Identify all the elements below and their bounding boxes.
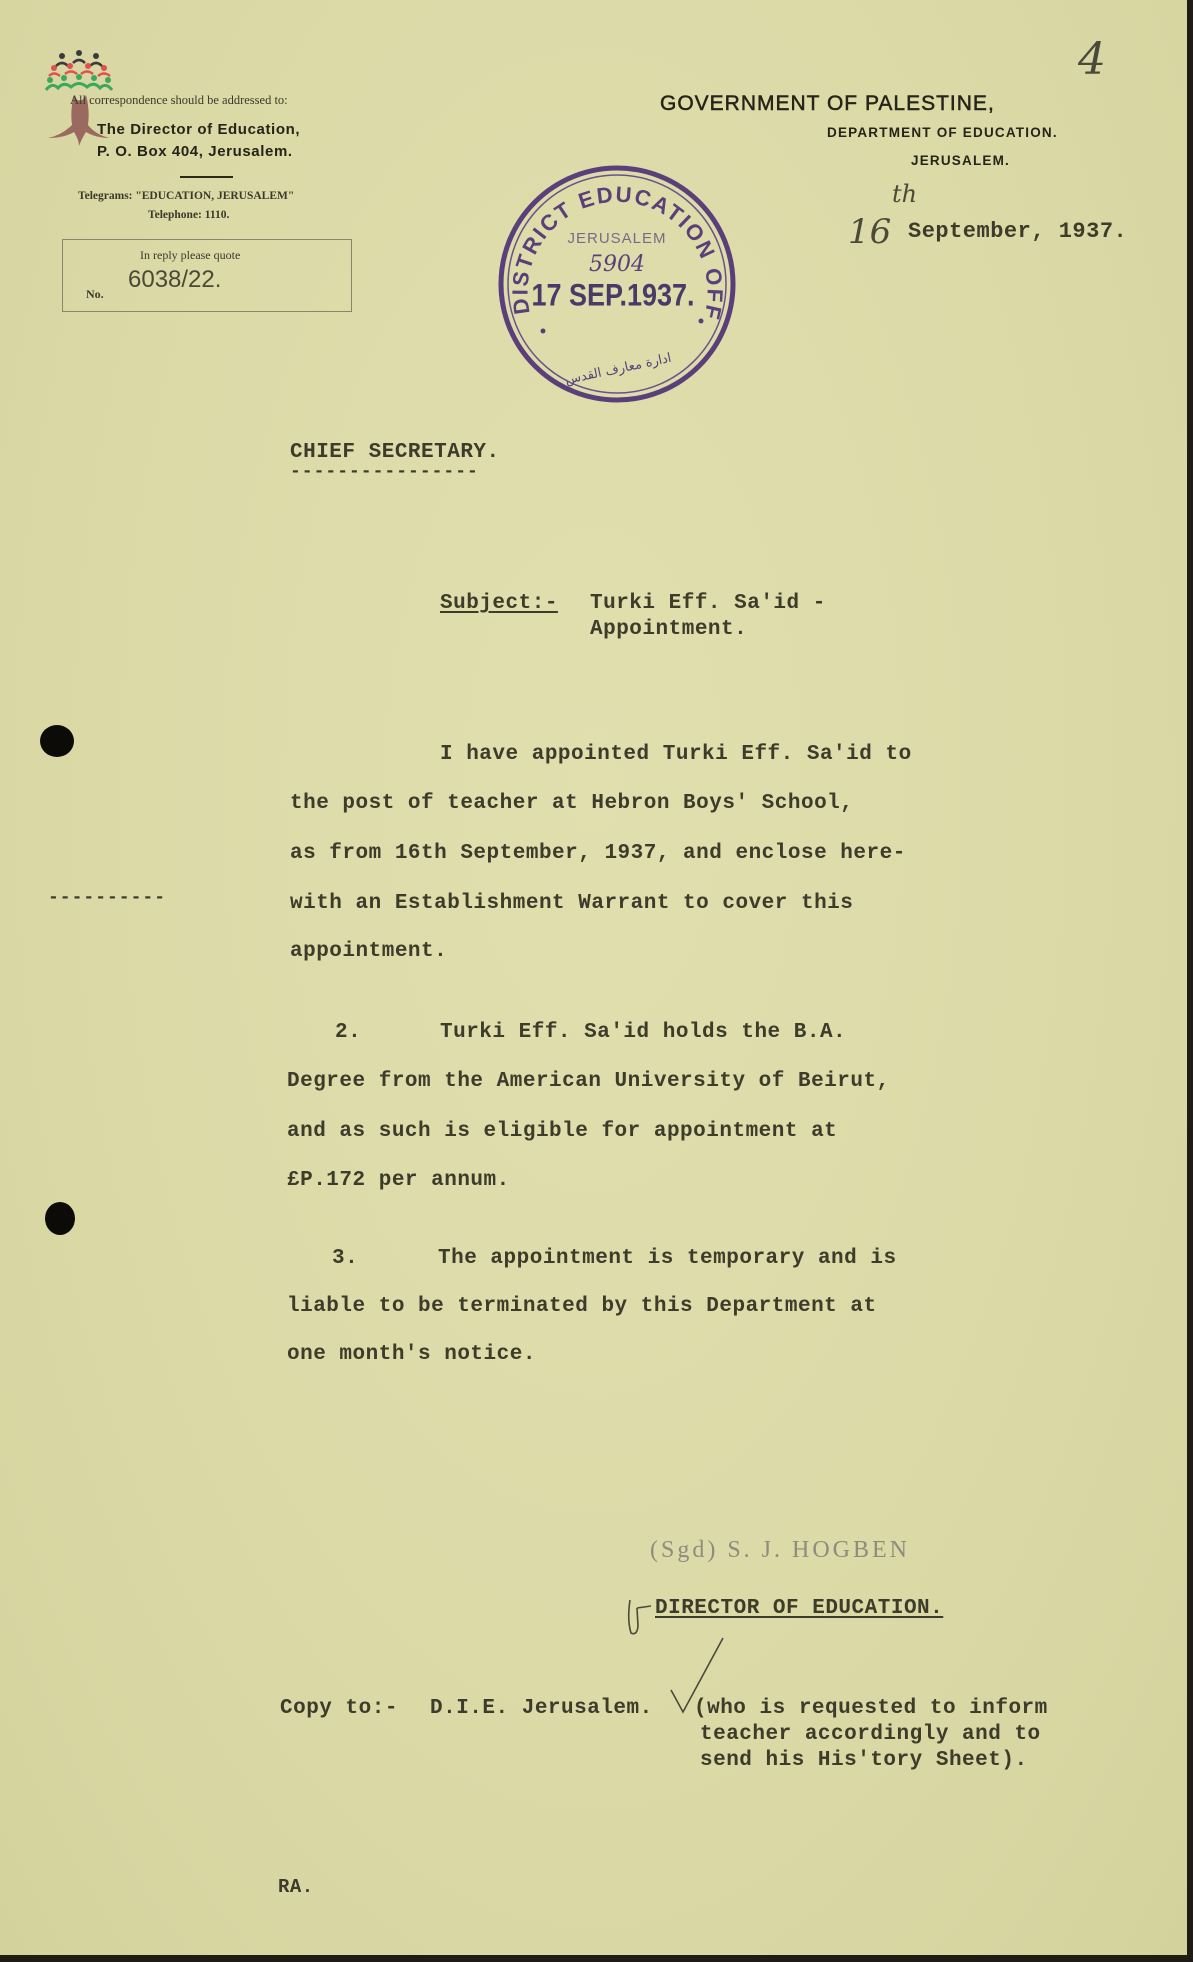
header-divider	[180, 176, 233, 178]
date-typed: September, 1937.	[908, 219, 1127, 244]
recipient-underline: ----------------	[290, 462, 479, 482]
number-label: No.	[86, 287, 104, 302]
date-day-handwritten: 16	[848, 212, 891, 252]
svg-text:ادارة معارف القدس: ادارة معارف القدس	[564, 351, 673, 388]
copy-to-recipient: D.I.E. Jerusalem.	[430, 1697, 653, 1720]
para2-line1: Turki Eff. Sa'id holds the B.A.	[440, 1021, 846, 1044]
signature-signed: (Sgd) S. J. HOGBEN	[650, 1537, 910, 1564]
para1-line1: I have appointed Turki Eff. Sa'id to	[440, 743, 912, 766]
punch-hole-top	[40, 725, 74, 757]
copy-to-note-line3: send his His'tory Sheet).	[700, 1749, 1028, 1772]
para2-number: 2.	[335, 1021, 361, 1044]
svg-text:JERUSALEM: JERUSALEM	[567, 230, 666, 247]
recipient-title: CHIEF SECRETARY.	[290, 441, 500, 464]
scan-edge-right	[1187, 0, 1193, 1962]
para3-line3: one month's notice.	[287, 1343, 536, 1366]
subject-line2: Appointment.	[590, 618, 747, 641]
para2-line4: £P.172 per annum.	[287, 1169, 510, 1192]
copy-to-note-line1: (who is requested to inform	[694, 1697, 1048, 1720]
reference-number: 6038/22.	[128, 266, 221, 294]
addressee-line2: P. O. Box 404, Jerusalem.	[97, 143, 293, 160]
para1-line2: the post of teacher at Hebron Boys' Scho…	[290, 792, 853, 815]
addressee-line1: The Director of Education,	[97, 121, 300, 138]
para1-line3: as from 16th September, 1937, and enclos…	[290, 842, 906, 865]
government-title: GOVERNMENT OF PALESTINE,	[660, 92, 995, 116]
para2-line3: and as such is eligible for appointment …	[287, 1120, 837, 1143]
svg-text:5904: 5904	[589, 252, 645, 277]
telegrams-line: Telegrams: "EDUCATION, JERUSALEM"	[78, 190, 294, 202]
margin-dash-mark: ----------	[48, 888, 166, 908]
punch-hole-bottom	[45, 1202, 75, 1235]
para3-number: 3.	[332, 1247, 358, 1270]
svg-text:17 SEP.1937.: 17 SEP.1937.	[531, 279, 694, 313]
copy-to-note-line2: teacher accordingly and to	[700, 1723, 1041, 1746]
signature-title: DIRECTOR OF EDUCATION.	[655, 1597, 943, 1620]
para1-line4: with an Establishment Warrant to cover t…	[290, 892, 853, 915]
telephone-line: Telephone: 1110.	[148, 209, 229, 221]
copy-to-label: Copy to:-	[280, 1697, 398, 1720]
page-number-handwritten: 4	[1078, 34, 1106, 85]
para1-line5: appointment.	[290, 940, 447, 963]
correspondence-note: All correspondence should be addressed t…	[70, 93, 288, 108]
para2-line2: Degree from the American University of B…	[287, 1070, 890, 1093]
department-title: DEPARTMENT OF EDUCATION.	[827, 125, 1058, 140]
typist-initials: RA.	[278, 1876, 314, 1898]
reply-quote-label: In reply please quote	[140, 248, 240, 263]
district-education-office-stamp: DISTRICT EDUCATION OFFICE JERUSALEM 5904…	[495, 163, 740, 406]
para3-line2: liable to be terminated by this Departme…	[287, 1295, 877, 1318]
para3-line1: The appointment is temporary and is	[438, 1247, 897, 1270]
city-title: JERUSALEM.	[911, 153, 1010, 168]
subject-label: Subject:-	[440, 592, 558, 615]
subject-line1: Turki Eff. Sa'id -	[590, 592, 826, 615]
scan-edge-bottom	[0, 1955, 1193, 1962]
date-suffix-handwritten: th	[892, 180, 917, 208]
handwritten-mark-icon	[625, 1598, 655, 1638]
